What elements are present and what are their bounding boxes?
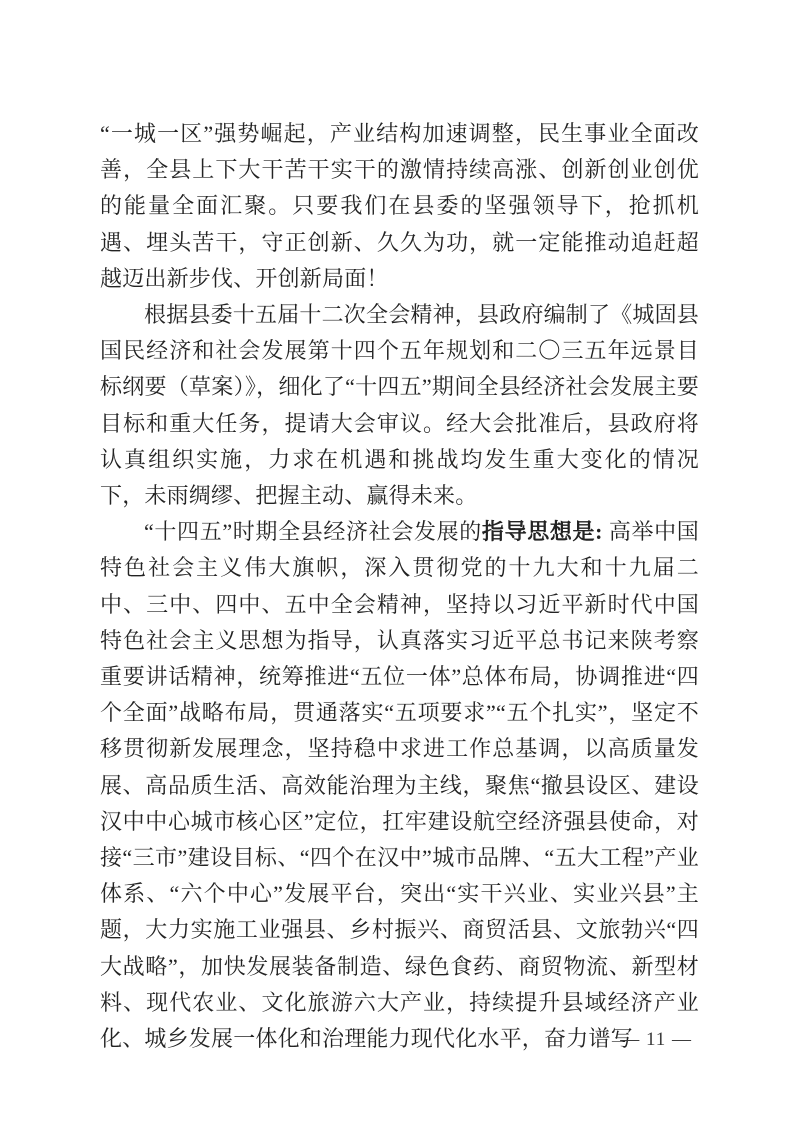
document-body: “一城一区”强势崛起，产业结构加速调整，民生事业全面改善，全县上下大干苦干实干的…	[100, 116, 699, 1057]
guiding-ideology-emphasis: 指导思想是:	[482, 519, 603, 544]
guiding-ideology-body-text: 高举中国特色社会主义伟大旗帜，深入贯彻党的十九大和十九届二中、三中、四中、五中全…	[100, 519, 699, 1051]
page-number: — 11 —	[620, 1029, 692, 1051]
paragraph-momentum-continuation: “一城一区”强势崛起，产业结构加速调整，民生事业全面改善，全县上下大干苦干实干的…	[100, 116, 699, 297]
paragraph-plan-drafting: 根据县委十五届十二次全会精神，县政府编制了《城固县国民经济和社会发展第十四个五年…	[100, 297, 699, 514]
paragraph-guiding-ideology: “十四五”时期全县经济社会发展的指导思想是: 高举中国特色社会主义伟大旗帜，深入…	[100, 514, 699, 1057]
guiding-ideology-lead-text: “十四五”时期全县经济社会发展的	[144, 519, 482, 544]
document-page: “一城一区”强势崛起，产业结构加速调整，民生事业全面改善，全县上下大干苦干实干的…	[0, 0, 793, 1122]
